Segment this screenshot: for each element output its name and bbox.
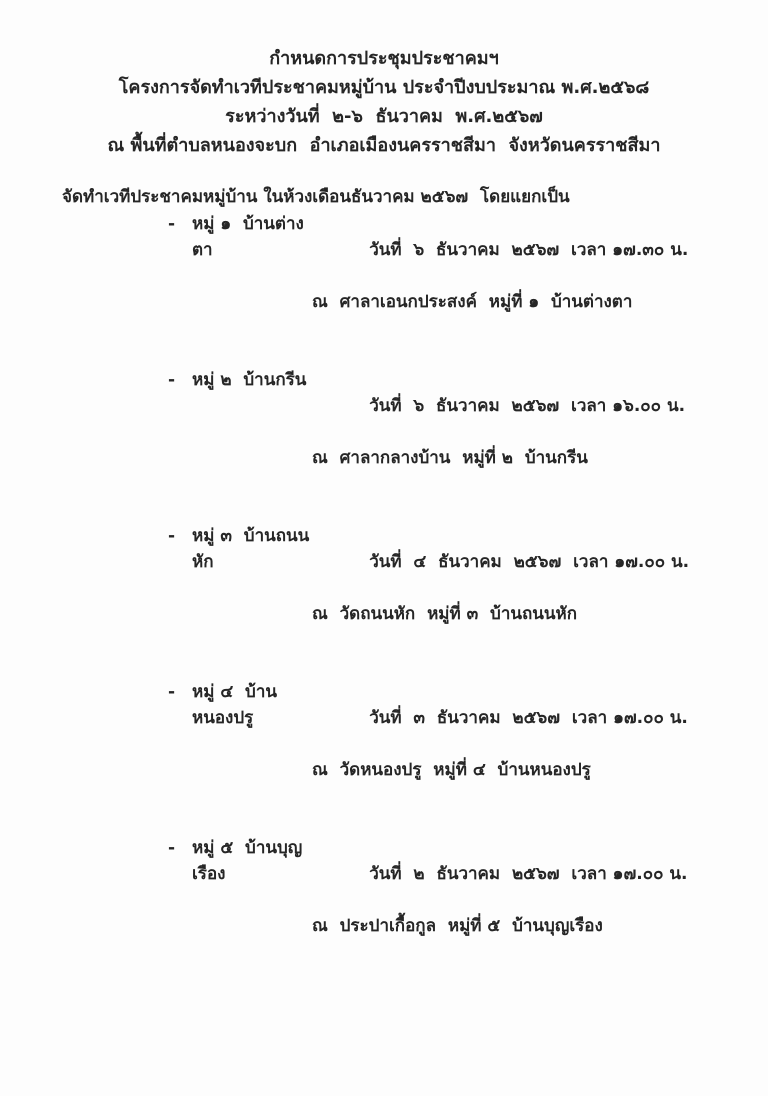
village-name: หมู่ ๔ บ้านหนองปรู — [192, 679, 310, 731]
document-page: กำหนดการประชุมประชาคมฯ โครงการจัดทำเวทีป… — [0, 0, 768, 1096]
schedule-item-moo-1: - หมู่ ๑ บ้านต่างตา วันที่ ๖ ธันวาคม ๒๕๖… — [168, 211, 768, 367]
meeting-detail: วันที่ ๓ ธันวาคม ๒๕๖๗ เวลา ๑๗.๐๐ น. ณ วั… — [310, 679, 768, 835]
list-dash: - — [168, 211, 192, 237]
list-dash: - — [168, 679, 192, 705]
list-dash: - — [168, 835, 192, 861]
date-range-line: ระหว่างวันที่ ๒-๖ ธันวาคม พ.ศ.๒๕๖๗ — [0, 102, 768, 131]
schedule-item-moo-4: - หมู่ ๔ บ้านหนองปรู วันที่ ๓ ธันวาคม ๒๕… — [168, 679, 768, 835]
schedule-item-moo-5: - หมู่ ๕ บ้านบุญเรือง วันที่ ๒ ธันวาคม ๒… — [168, 835, 768, 991]
meeting-venue-line: ณ วัดถนนหัก หมู่ที่ ๓ บ้านถนนหัก — [312, 601, 768, 627]
list-dash: - — [168, 523, 192, 549]
meeting-detail: วันที่ ๒ ธันวาคม ๒๕๖๗ เวลา ๑๗.๐๐ น. ณ ปร… — [310, 835, 768, 991]
schedule-item-moo-2: - หมู่ ๒ บ้านกรีน วันที่ ๖ ธันวาคม ๒๕๖๗ … — [168, 367, 768, 523]
schedule-section: จัดทำเวทีประชาคมหมู่บ้าน ในห้วงเดือนธันว… — [0, 184, 768, 991]
village-name: หมู่ ๕ บ้านบุญเรือง — [192, 835, 310, 887]
meeting-venue-line: ณ ศาลากลางบ้าน หมู่ที่ ๒ บ้านกรีน — [312, 445, 768, 471]
meeting-venue-line: ณ ศาลาเอนกประสงค์ หมู่ที่ ๑ บ้านต่างตา — [312, 289, 768, 315]
meeting-date-line: วันที่ ๒ ธันวาคม ๒๕๖๗ เวลา ๑๗.๐๐ น. — [369, 864, 687, 884]
meeting-venue-line: ณ วัดหนองปรู หมู่ที่ ๔ บ้านหนองปรู — [312, 757, 768, 783]
document-title: กำหนดการประชุมประชาคมฯ — [0, 44, 768, 73]
meeting-date-line: วันที่ ๓ ธันวาคม ๒๕๖๗ เวลา ๑๗.๐๐ น. — [369, 708, 688, 728]
meeting-date-line: วันที่ ๖ ธันวาคม ๒๕๖๗ เวลา ๑๖.๐๐ น. — [369, 396, 685, 416]
meeting-detail: วันที่ ๖ ธันวาคม ๒๕๖๗ เวลา ๑๗.๓๐ น. ณ ศา… — [310, 211, 768, 367]
meeting-date-line: วันที่ ๖ ธันวาคม ๒๕๖๗ เวลา ๑๗.๓๐ น. — [369, 240, 688, 260]
village-name: หมู่ ๑ บ้านต่างตา — [192, 211, 310, 263]
location-line: ณ พื้นที่ตำบลหนองจะบก อำเภอเมืองนครราชสี… — [0, 131, 768, 160]
schedule-list: - หมู่ ๑ บ้านต่างตา วันที่ ๖ ธันวาคม ๒๕๖… — [168, 211, 768, 991]
document-header: กำหนดการประชุมประชาคมฯ โครงการจัดทำเวทีป… — [0, 0, 768, 160]
list-dash: - — [168, 367, 192, 393]
meeting-venue-line: ณ ประปาเกื้อกูล หมู่ที่ ๕ บ้านบุญเรือง — [312, 913, 768, 939]
intro-line: จัดทำเวทีประชาคมหมู่บ้าน ในห้วงเดือนธันว… — [62, 184, 768, 211]
meeting-detail: วันที่ ๖ ธันวาคม ๒๕๖๗ เวลา ๑๖.๐๐ น. ณ ศา… — [310, 367, 768, 523]
schedule-item-moo-3: - หมู่ ๓ บ้านถนนหัก วันที่ ๔ ธันวาคม ๒๕๖… — [168, 523, 768, 679]
village-name: หมู่ ๓ บ้านถนนหัก — [192, 523, 310, 575]
meeting-date-line: วันที่ ๔ ธันวาคม ๒๕๖๗ เวลา ๑๗.๐๐ น. — [369, 552, 689, 572]
project-name-line: โครงการจัดทำเวทีประชาคมหมู่บ้าน ประจำปีง… — [0, 73, 768, 102]
village-name: หมู่ ๒ บ้านกรีน — [192, 367, 310, 393]
meeting-detail: วันที่ ๔ ธันวาคม ๒๕๖๗ เวลา ๑๗.๐๐ น. ณ วั… — [310, 523, 768, 679]
